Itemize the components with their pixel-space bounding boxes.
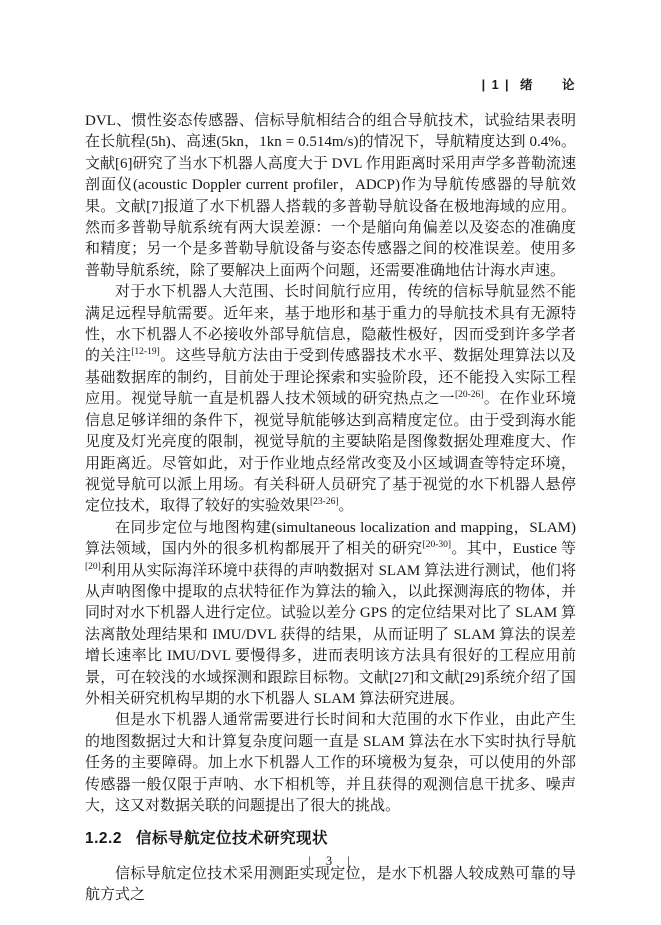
citation-reference: [23-26] <box>310 497 339 507</box>
paragraph-slam-challenges: 但是水下机器人通常需要进行长时间和大范围的水下作业，由此产生的地图数据过大和计算… <box>85 710 576 817</box>
section-title: 信标导航定位技术研究现状 <box>136 830 328 847</box>
page-body: DVL、惯性姿态传感器、信标导航相结合的组合导航技术，试验结果表明在长航程(5h… <box>85 111 576 907</box>
paragraph-dvl-combined-navigation: DVL、惯性姿态传感器、信标导航相结合的组合导航技术，试验结果表明在长航程(5h… <box>85 111 576 282</box>
page-number: | 3 | <box>85 854 576 869</box>
paragraph-terrain-gravity-visual-navigation: 对于水下机器人大范围、长时间航行应用，传统的信标导航显然不能满足远程导航需要。近… <box>85 282 576 517</box>
paragraph-slam-research: 在同步定位与地图构建(simultaneous localization and… <box>85 518 576 711</box>
citation-reference: [20] <box>85 562 101 572</box>
citation-reference: [12-19] <box>131 347 160 357</box>
citation-reference: [20-30] <box>423 540 452 550</box>
citation-reference: [20-26] <box>455 390 484 400</box>
thesis-page: | 1 | 绪 论 DVL、惯性姿态传感器、信标导航相结合的组合导航技术，试验结… <box>0 0 661 925</box>
running-header: | 1 | 绪 论 <box>85 75 576 93</box>
paragraph-beacon-navigation-intro: 信标导航定位技术采用测距实现定位，是水下机器人较成熟可靠的导航方式之 <box>85 864 576 907</box>
section-heading-1-2-2: 1.2.2信标导航定位技术研究现状 <box>85 828 576 849</box>
section-number: 1.2.2 <box>85 830 122 847</box>
